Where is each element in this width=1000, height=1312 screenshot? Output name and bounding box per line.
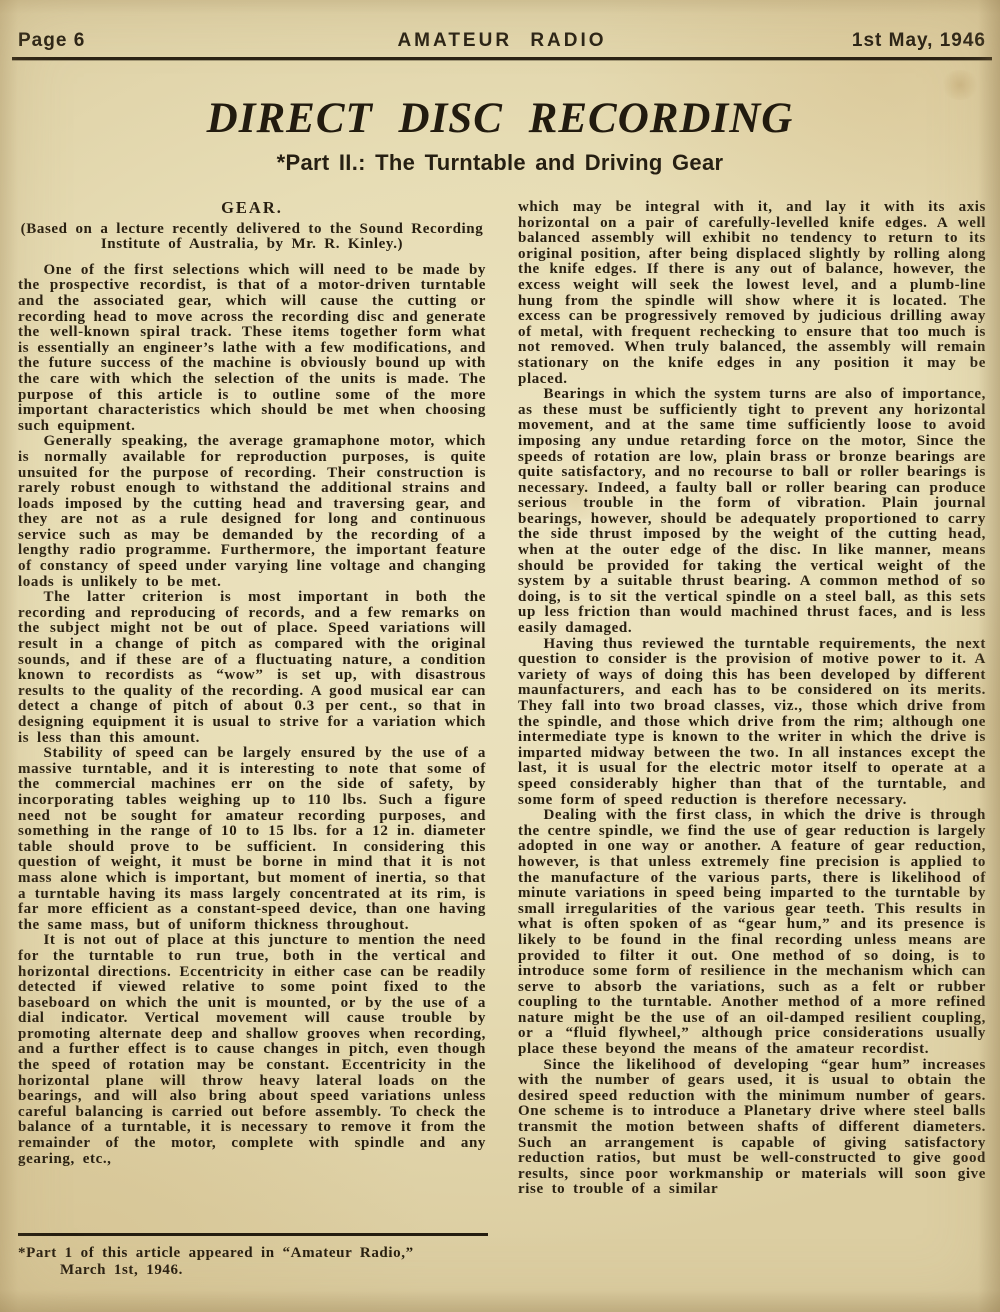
section-heading: GEAR. xyxy=(18,200,486,216)
paragraph: One of the first selections which will n… xyxy=(18,263,486,435)
paragraph: It is not out of place at this juncture … xyxy=(18,933,486,1167)
footnote-rule xyxy=(18,1233,488,1236)
issue-date: 1st May, 1946 xyxy=(766,30,986,52)
article-title: DIRECT DISC RECORDING xyxy=(0,94,1000,143)
paragraph: Bearings in which the system turns are a… xyxy=(518,387,986,637)
paragraph: Having thus reviewed the turntable requi… xyxy=(518,637,986,809)
magazine-page: Page 6 AMATEUR RADIO 1st May, 1946 DIREC… xyxy=(0,0,1000,1312)
right-column: which may be integral with it, and lay i… xyxy=(518,200,986,1290)
attribution-note: (Based on a lecture recently delivered t… xyxy=(18,222,486,253)
paragraph: Stability of speed can be largely ensure… xyxy=(18,746,486,933)
footnote-line-1: *Part 1 of this article appeared in “Ama… xyxy=(18,1245,488,1262)
paragraph: which may be integral with it, and lay i… xyxy=(518,200,986,387)
footnote-line-2: March 1st, 1946. xyxy=(18,1262,488,1279)
paragraph: The latter criterion is most important i… xyxy=(18,590,486,746)
footnote: *Part 1 of this article appeared in “Ama… xyxy=(18,1245,488,1279)
paragraph: Since the likelihood of developing “gear… xyxy=(518,1058,986,1198)
article-subtitle: *Part II.: The Turntable and Driving Gea… xyxy=(0,150,1000,176)
masthead: Page 6 AMATEUR RADIO 1st May, 1946 xyxy=(18,30,986,52)
paragraph: Generally speaking, the average gramapho… xyxy=(18,434,486,590)
left-column: GEAR. (Based on a lecture recently deliv… xyxy=(18,200,486,1230)
paragraph: Dealing with the first class, in which t… xyxy=(518,808,986,1058)
article-body: GEAR. (Based on a lecture recently deliv… xyxy=(18,200,986,1290)
publication-name: AMATEUR RADIO xyxy=(238,30,766,52)
page-number: Page 6 xyxy=(18,30,238,52)
masthead-rule xyxy=(12,57,992,60)
